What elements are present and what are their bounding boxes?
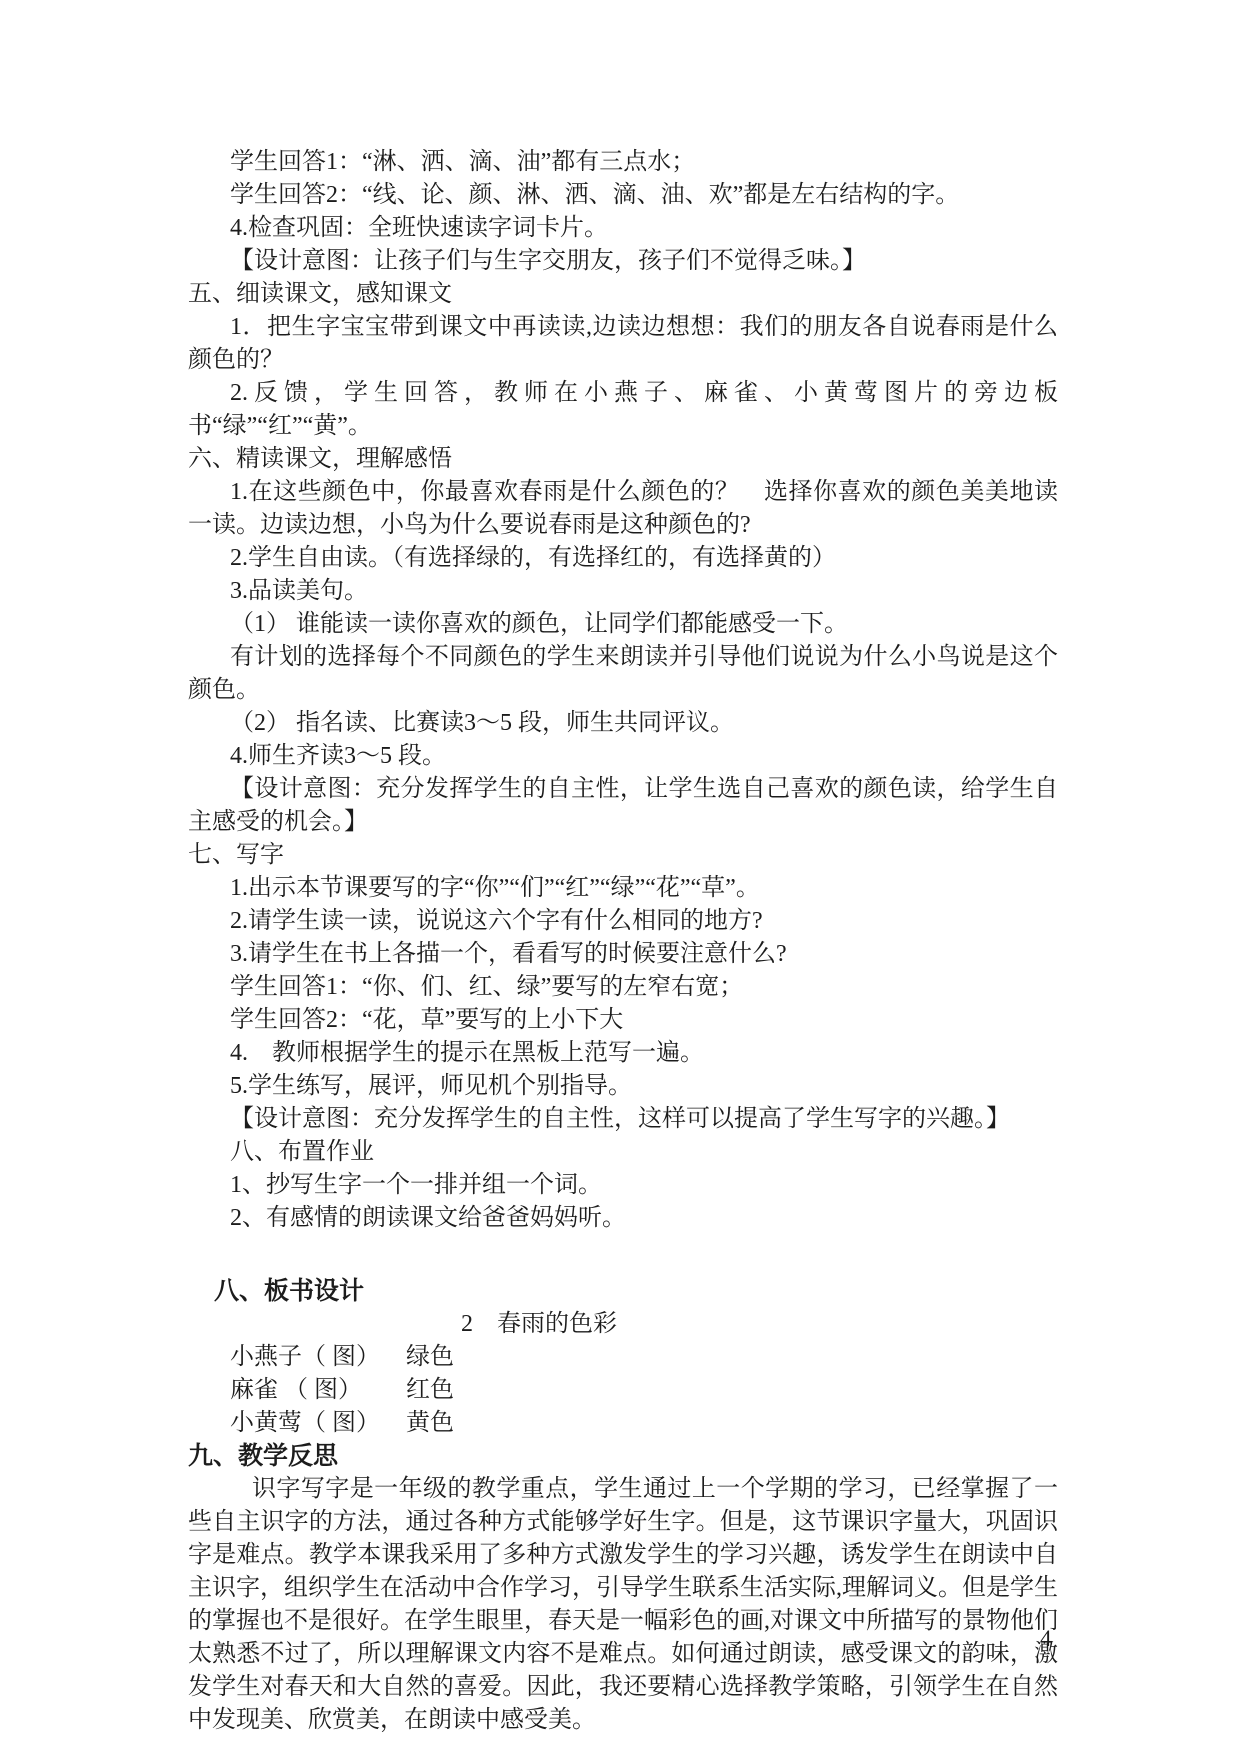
board-row-color: 黄色 [406,1407,454,1440]
paragraph: 3.品读美句。 [188,575,1058,608]
section-heading-8-homework: 八、布置作业 [188,1136,1058,1169]
paragraph: （2） 指名读、比赛读3～5 段，师生共同评议。 [188,707,1058,740]
paragraph: 2.学生自由读。（有选择绿的，有选择红的，有选择黄的） [188,542,1058,575]
paragraph: 5.学生练写，展评，师见机个别指导。 [188,1070,1058,1103]
board-row-color: 绿色 [406,1341,454,1374]
design-intent-note: 【设计意图：让孩子们与生字交朋友，孩子们不觉得乏味。】 [188,245,1058,278]
board-row-label: 小燕子（ 图） [230,1341,382,1374]
section-heading-board-design: 八、板书设计 [188,1275,1058,1308]
paragraph: 2.反馈，学生回答，教师在小燕子、麻雀、小黄莺图片的旁边板书“绿”“红”“黄”。 [188,377,1058,443]
paragraph: 有计划的选择每个不同颜色的学生来朗读并引导他们说说为什么小鸟说是这个颜色。 [188,641,1058,707]
paragraph: 学生回答2：“花，草”要写的上小下大 [188,1004,1058,1037]
document-body: 学生回答1：“淋、洒、滴、油”都有三点水； 学生回答2：“线、论、颜、淋、洒、滴… [188,146,1058,1737]
design-intent-note: 【设计意图：充分发挥学生的自主性，让学生选自己喜欢的颜色读，给学生自主感受的机会… [188,773,1058,839]
paragraph: 学生回答1：“淋、洒、滴、油”都有三点水； [188,146,1058,179]
paragraph: 3.请学生在书上各描一个，看看写的时候要注意什么? [188,938,1058,971]
section-heading-5: 五、细读课文，感知课文 [188,278,1058,311]
paragraph: 2.请学生读一读，说说这六个字有什么相同的地方? [188,905,1058,938]
design-intent-note: 【设计意图：充分发挥学生的自主性，这样可以提高了学生写字的兴趣。】 [188,1103,1058,1136]
section-heading-6: 六、精读课文，理解感悟 [188,443,1058,476]
board-row: 小黄莺（ 图）黄色 [188,1407,1058,1440]
paragraph: 2、有感情的朗读课文给爸爸妈妈听。 [188,1202,1058,1235]
reflection-paragraph: 识字写字是一年级的教学重点，学生通过上一个学期的学习，已经掌握了一些自主识字的方… [188,1473,1058,1737]
board-row-color: 红色 [406,1374,454,1407]
paragraph: 4. 教师根据学生的提示在黑板上范写一遍。 [188,1037,1058,1070]
paragraph: 1、抄写生字一个一排并组一个词。 [188,1169,1058,1202]
paragraph: 学生回答2：“线、论、颜、淋、洒、滴、油、欢”都是左右结构的字。 [188,179,1058,212]
paragraph: 4.检查巩固：全班快速读字词卡片。 [188,212,1058,245]
section-heading-7: 七、写字 [188,839,1058,872]
paragraph: （1） 谁能读一读你喜欢的颜色，让同学们都能感受一下。 [188,608,1058,641]
page-number: 4 [1040,1624,1052,1654]
board-row: 小燕子（ 图）绿色 [188,1341,1058,1374]
board-lesson-title: 2 春雨的色彩 [188,1308,1058,1341]
paragraph: 1.在这些颜色中，你最喜欢春雨是什么颜色的？ 选择你喜欢的颜色美美地读一读。边读… [188,476,1058,542]
document-page: 学生回答1：“淋、洒、滴、油”都有三点水； 学生回答2：“线、论、颜、淋、洒、滴… [0,0,1241,1754]
paragraph: 1.出示本节课要写的字“你”“们”“红”“绿”“花”“草”。 [188,872,1058,905]
board-row: 麻雀 （ 图）红色 [188,1374,1058,1407]
paragraph: 4.师生齐读3～5 段。 [188,740,1058,773]
board-row-label: 小黄莺（ 图） [230,1407,382,1440]
section-heading-reflection: 九、教学反思 [188,1440,1058,1473]
board-row-label: 麻雀 （ 图） [230,1374,382,1407]
paragraph: 1．把生字宝宝带到课文中再读读,边读边想想：我们的朋友各自说春雨是什么颜色的？ [188,311,1058,377]
paragraph: 学生回答1：“你、们、红、绿”要写的左窄右宽； [188,971,1058,1004]
